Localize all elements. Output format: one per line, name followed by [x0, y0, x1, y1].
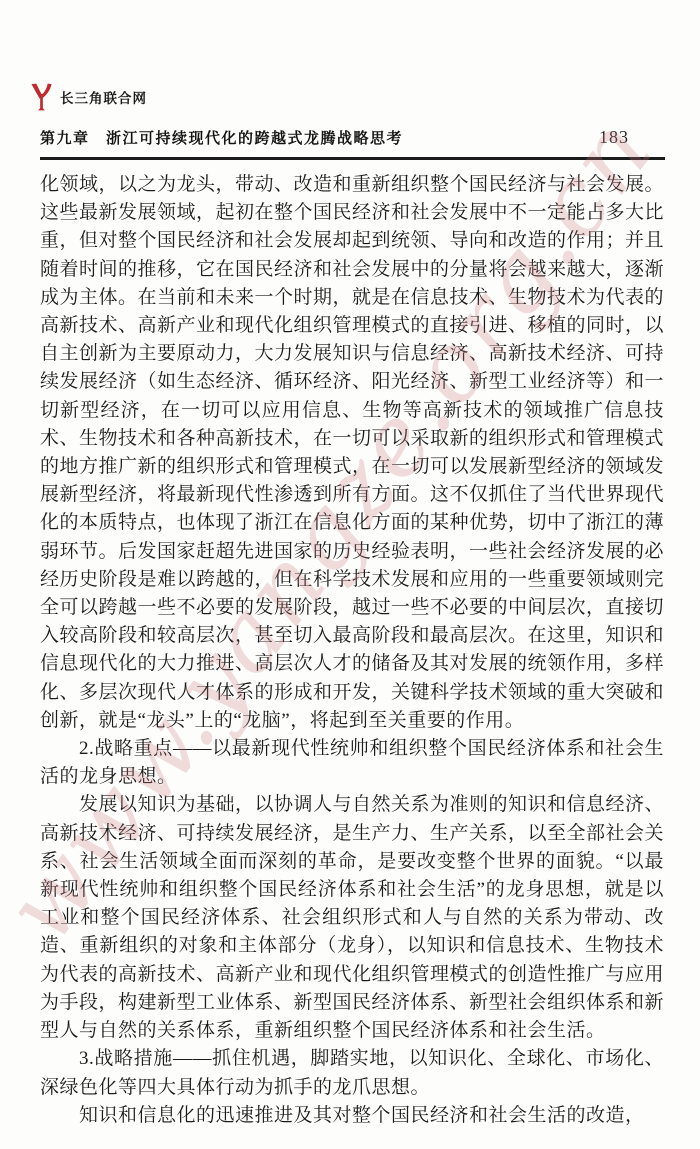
paragraph-3: 发展以知识为基础，以协调人与自然关系为准则的知识和信息经济、高新技术经济、可持续… [40, 791, 664, 1045]
body-text: 化领域，以之为龙头，带动、改造和重新组织整个国民经济与社会发展。这些最新发展领域… [40, 171, 664, 1130]
page-number: 183 [599, 127, 665, 148]
chapter-header-row: 第九章 浙江可持续现代化的跨越式龙腾战略思考 183 [40, 127, 665, 160]
document-page: www.yangze.org.cn 长三角联合网 第九章 浙江可持续现代化的跨越… [0, 0, 700, 1149]
paragraph-1: 化领域，以之为龙头，带动、改造和重新组织整个国民经济与社会发展。这些最新发展领域… [40, 171, 664, 735]
chapter-title: 第九章 浙江可持续现代化的跨越式龙腾战略思考 [40, 127, 403, 148]
paragraph-5: 知识和信息化的迅速推进及其对整个国民经济和社会生活的改造， [40, 1102, 664, 1130]
site-name: 长三角联合网 [60, 87, 147, 107]
paragraph-2-strategic-focus: 2.战略重点——以最新现代性统帅和组织整个国民经济体系和社会生活的龙身思想。 [40, 735, 664, 791]
site-logo-icon [30, 83, 53, 111]
site-header: 长三角联合网 [30, 83, 147, 111]
paragraph-4-strategic-measures: 3.战略措施——抓住机遇，脚踏实地，以知识化、全球化、市场化、深绿色化等四大具体… [40, 1045, 664, 1101]
